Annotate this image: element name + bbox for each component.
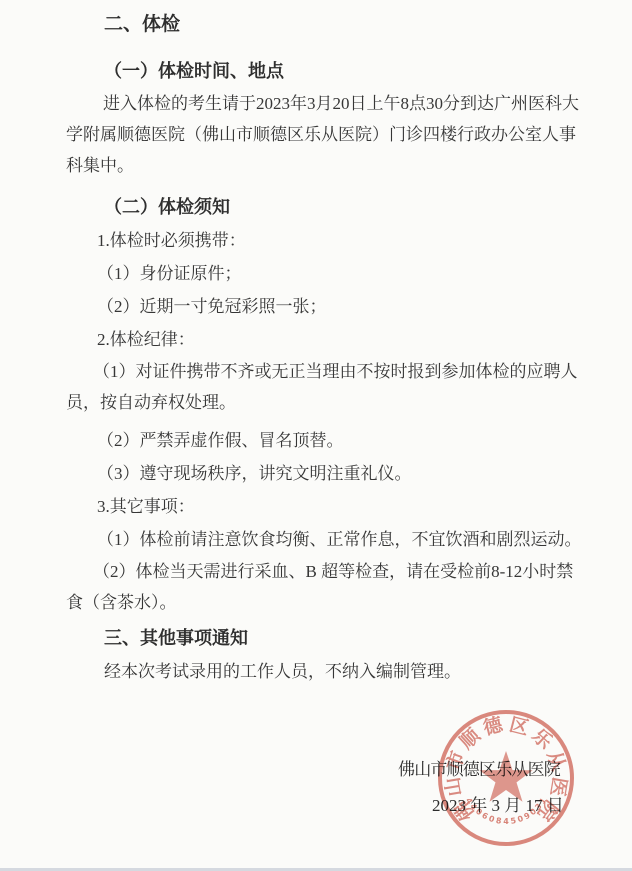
list-item-order-etiquette: （3）遵守现场秩序，讲究文明注重礼仪。 xyxy=(66,457,604,490)
paragraph-line: （2）体检当天需进行采血、B 超等检查，请在受检前8-12小时禁 xyxy=(66,556,604,587)
paragraph-line: 进入体检的考生请于2023年3月20日上午8点30分到达广州医科大 xyxy=(66,88,604,119)
list-item-diet-rest: （1）体检前请注意饮食均衡、正常作息，不宜饮酒和剧烈运动。 xyxy=(66,523,604,556)
paragraph-line: （1）对证件携带不齐或无正当理由不按时报到参加体检的应聘人 xyxy=(66,356,604,387)
section-heading-physical-exam: 二、体检 xyxy=(66,8,604,41)
subsection-heading-time-place: （一）体检时间、地点 xyxy=(66,55,604,88)
list-item-id-card: （1）身份证原件； xyxy=(66,257,604,290)
paragraph-line: 学附属顺德医院（佛山市顺德区乐从医院）门诊四楼行政办公室人事 xyxy=(66,119,604,150)
svg-text:山: 山 xyxy=(441,776,466,798)
seal-star-icon xyxy=(479,751,532,802)
section-heading-other-notice: 三、其他事项通知 xyxy=(66,622,604,655)
svg-text:医: 医 xyxy=(546,776,571,798)
official-seal: 佛山市顺德区乐从医院 4406084509031 xyxy=(411,683,601,871)
document-body: 二、体检 （一）体检时间、地点 进入体检的考生请于2023年3月20日上午8点3… xyxy=(66,8,604,688)
list-item-other-matters: 3.其它事项： xyxy=(66,490,604,523)
list-item-discipline: 2.体检纪律： xyxy=(66,323,604,356)
list-item-must-bring: 1.体检时必须携带： xyxy=(66,224,604,257)
subsection-heading-exam-notice: （二）体检须知 xyxy=(66,191,604,224)
list-item-photo: （2）近期一寸免冠彩照一张； xyxy=(66,290,604,323)
svg-text:区: 区 xyxy=(507,714,531,740)
document-page: 二、体检 （一）体检时间、地点 进入体检的考生请于2023年3月20日上午8点3… xyxy=(0,0,632,871)
seal-serial-number: 4406084509031 xyxy=(464,796,549,826)
paragraph-time-place: 进入体检的考生请于2023年3月20日上午8点30分到达广州医科大 学附属顺德医… xyxy=(66,88,604,181)
list-item-fasting-rule: （2）体检当天需进行采血、B 超等检查，请在受检前8-12小时禁 食（含茶水）。 xyxy=(66,556,604,618)
svg-text:8: 8 xyxy=(495,816,502,826)
paragraph-line: 员，按自动弃权处理。 xyxy=(66,387,604,418)
paragraph-line: 食（含茶水）。 xyxy=(66,587,604,618)
svg-text:4: 4 xyxy=(503,817,509,826)
list-item-no-show-rule: （1）对证件携带不齐或无正当理由不按时报到参加体检的应聘人 员，按自动弃权处理。 xyxy=(66,356,604,418)
list-item-no-fraud: （2）严禁弄虚作假、冒名顶替。 xyxy=(66,424,604,457)
paragraph-line: 科集中。 xyxy=(66,150,604,181)
